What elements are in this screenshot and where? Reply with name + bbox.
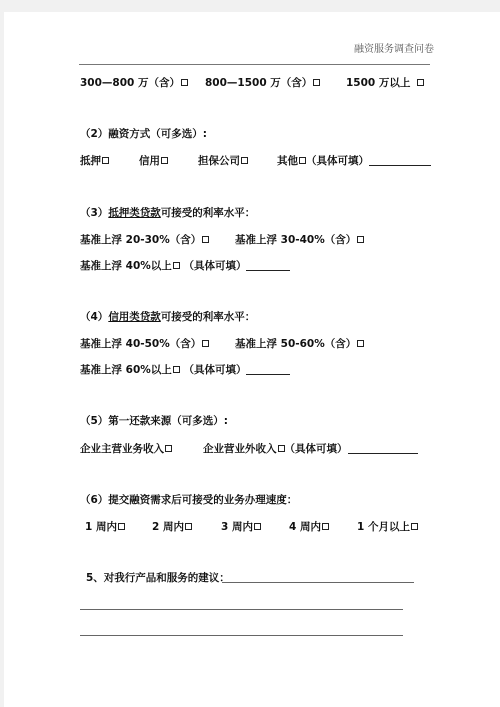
suggestion-line-1[interactable]: [222, 582, 414, 583]
checkbox[interactable]: [118, 523, 125, 530]
q3-option-20-30[interactable]: 基准上浮 20-30%（含）: [80, 232, 209, 247]
q6-option-1-month-plus[interactable]: 1 个月以上: [357, 519, 418, 534]
checkbox[interactable]: [161, 157, 168, 164]
q4-option-50-60[interactable]: 基准上浮 50-60%（含）: [235, 336, 364, 351]
q4-option-40-50[interactable]: 基准上浮 40-50%（含）: [80, 336, 209, 351]
checkbox[interactable]: [417, 79, 424, 86]
checkbox[interactable]: [299, 157, 306, 164]
q5-fill-blank[interactable]: [348, 443, 418, 454]
q2-option-guarantee[interactable]: 担保公司: [198, 153, 248, 168]
q2-other-fill-blank[interactable]: [369, 155, 431, 166]
checkbox[interactable]: [173, 262, 180, 269]
q3-option-40-plus[interactable]: 基准上浮 40%以上 （具体可填）: [80, 258, 290, 273]
q4-option-60-plus[interactable]: 基准上浮 60%以上 （具体可填）: [80, 362, 290, 377]
checkbox[interactable]: [357, 236, 364, 243]
q5-option-main-business[interactable]: 企业主营业务收入: [80, 441, 172, 456]
checkbox[interactable]: [254, 523, 261, 530]
q4-title: （4）信用类贷款可接受的利率水平：: [80, 309, 255, 324]
q2-title: （2）融资方式（可多选）:: [80, 126, 207, 141]
q4-fill-blank[interactable]: [246, 364, 290, 375]
document-page: [4, 12, 500, 707]
q2-option-mortgage[interactable]: 抵押: [80, 153, 109, 168]
checkbox[interactable]: [411, 523, 418, 530]
suggestion-line-2[interactable]: [80, 609, 403, 610]
checkbox[interactable]: [278, 445, 285, 452]
checkbox[interactable]: [173, 366, 180, 373]
q6-option-3-weeks[interactable]: 3 周内: [221, 519, 261, 534]
section5-title: 5、对我行产品和服务的建议：: [86, 570, 230, 585]
checkbox[interactable]: [185, 523, 192, 530]
q5-option-non-operating[interactable]: 企业营业外收入（具体可填）: [203, 441, 418, 456]
checkbox[interactable]: [202, 340, 209, 347]
q6-option-2-weeks[interactable]: 2 周内: [152, 519, 192, 534]
q1-option-800-1500[interactable]: 800—1500 万（含）: [205, 75, 320, 90]
running-header-title: 融资服务调查问卷: [354, 40, 434, 55]
checkbox[interactable]: [322, 523, 329, 530]
q2-option-other[interactable]: 其他（具体可填）: [277, 153, 431, 168]
q6-title: （6）提交融资需求后可接受的业务办理速度：: [80, 492, 297, 507]
q3-fill-blank[interactable]: [246, 260, 290, 271]
checkbox[interactable]: [102, 157, 109, 164]
checkbox[interactable]: [313, 79, 320, 86]
q5-title: （5）第一还款来源（可多选）:: [80, 413, 228, 428]
suggestion-line-3[interactable]: [80, 635, 403, 636]
checkbox[interactable]: [165, 445, 172, 452]
q3-option-30-40[interactable]: 基准上浮 30-40%（含）: [235, 232, 364, 247]
q6-option-1-week[interactable]: 1 周内: [85, 519, 125, 534]
checkbox[interactable]: [202, 236, 209, 243]
q2-option-credit[interactable]: 信用: [139, 153, 168, 168]
q1-option-1500-plus[interactable]: 1500 万以上: [346, 75, 424, 90]
header-rule: [79, 64, 430, 65]
q6-option-4-weeks[interactable]: 4 周内: [289, 519, 329, 534]
checkbox[interactable]: [181, 79, 188, 86]
checkbox[interactable]: [241, 157, 248, 164]
q1-option-300-800[interactable]: 300—800 万（含）: [80, 75, 188, 90]
q3-title: （3）抵押类贷款可接受的利率水平：: [80, 205, 255, 220]
checkbox[interactable]: [357, 340, 364, 347]
